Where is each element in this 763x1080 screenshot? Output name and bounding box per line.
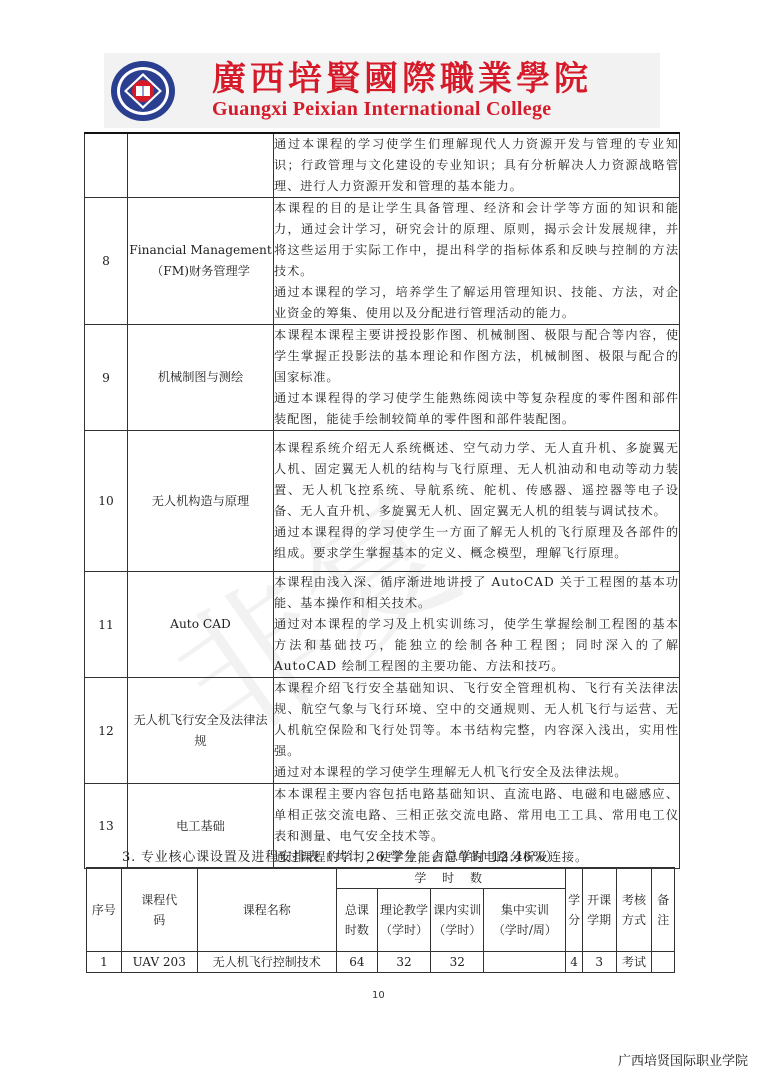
course-number: [85, 133, 128, 198]
college-banner: 廣西培賢國際職業學院 Guangxi Peixian International…: [104, 53, 660, 128]
table-row: 12 无人机飞行安全及法律法规 本课程介绍飞行安全基础知识、飞行安全管理机构、飞…: [85, 678, 680, 784]
cell-practice-focus: [484, 952, 566, 973]
core-course-table: 序号 课程代码 课程名称 学 时 数 学分 开课学期 考核方式 备注 总课时数 …: [86, 867, 675, 973]
course-name: 无人机飞行安全及法律法规: [128, 678, 274, 784]
course-name: Financial Management（FM)财务管理学: [128, 198, 274, 325]
cell-semester: 3: [582, 952, 616, 973]
course-description: 本课程本课程主要讲授投影作图、机械制图、极限与配合等内容，使学生掌握正投影法的基…: [274, 325, 680, 431]
course-description: 本课程的目的是让学生具备管理、经济和会计学等方面的知识和能力，通过会计学习，研究…: [274, 198, 680, 325]
header-theory: 理论教学（学时）: [377, 889, 430, 952]
header-seq: 序号: [87, 868, 122, 952]
cell-seq: 1: [87, 952, 122, 973]
course-number: 10: [85, 431, 128, 572]
college-name-en: Guangxi Peixian International College: [212, 97, 551, 121]
course-description: 本课程系统介绍无人系统概述、空气动力学、无人直升机、多旋翼无人机、固定翼无人机的…: [274, 431, 680, 572]
course-name: 机械制图与测绘: [128, 325, 274, 431]
cell-theory: 32: [377, 952, 430, 973]
course-name: 无人机构造与原理: [128, 431, 274, 572]
table-row: 9 机械制图与测绘 本课程本课程主要讲授投影作图、机械制图、极限与配合等内容，使…: [85, 325, 680, 431]
header-practice-focus: 集中实训（学时/周）: [484, 889, 566, 952]
header-hours-group: 学 时 数: [336, 868, 565, 889]
cell-code: UAV 203: [121, 952, 197, 973]
course-description-table: 通过本课程的学习使学生们理解现代人力资源开发与管理的专业知识；行政管理与文化建设…: [84, 132, 680, 869]
cell-practice-in: 32: [431, 952, 484, 973]
cell-name: 无人机飞行控制技术: [197, 952, 336, 973]
cell-credit: 4: [566, 952, 582, 973]
header-assessment: 考核方式: [616, 868, 652, 952]
course-description: 本课程介绍飞行安全基础知识、飞行安全管理机构、飞行有关法律法规、航空气象与飞行环…: [274, 678, 680, 784]
table-header-row: 序号 课程代码 课程名称 学 时 数 学分 开课学期 考核方式 备注: [87, 868, 675, 889]
header-credit: 学分: [566, 868, 582, 952]
table-row: 10 无人机构造与原理 本课程系统介绍无人系统概述、空气动力学、无人直升机、多旋…: [85, 431, 680, 572]
table-row: 通过本课程的学习使学生们理解现代人力资源开发与管理的专业知识；行政管理与文化建设…: [85, 133, 680, 198]
table-row: 8 Financial Management（FM)财务管理学 本课程的目的是让…: [85, 198, 680, 325]
header-practice-in: 课内实训（学时）: [431, 889, 484, 952]
course-number: 9: [85, 325, 128, 431]
section-title: 3. 专业核心课设置及进程安排表（共计 26 学分，占总学时 12.46%）: [122, 846, 559, 865]
college-name-cn: 廣西培賢國際職業學院: [212, 59, 592, 99]
table-row: 11 Auto CAD 本课程由浅入深、循序渐进地讲授了 AutoCAD 关于工…: [85, 572, 680, 678]
table-row: 1 UAV 203 无人机飞行控制技术 64 32 32 4 3 考试: [87, 952, 675, 973]
header-remark: 备注: [652, 868, 675, 952]
page-number: 10: [372, 990, 385, 1001]
header-code: 课程代码: [121, 868, 197, 952]
cell-remark: [652, 952, 675, 973]
header-name: 课程名称: [197, 868, 336, 952]
header-semester: 开课学期: [582, 868, 616, 952]
course-number: 11: [85, 572, 128, 678]
course-description: 本课程由浅入深、循序渐进地讲授了 AutoCAD 关于工程图的基本功能、基本操作…: [274, 572, 680, 678]
college-seal-icon: [110, 59, 176, 123]
course-name: Auto CAD: [128, 572, 274, 678]
course-description: 通过本课程的学习使学生们理解现代人力资源开发与管理的专业知识；行政管理与文化建设…: [274, 133, 680, 198]
course-number: 12: [85, 678, 128, 784]
cell-total: 64: [336, 952, 377, 973]
footer-college-name: 广西培贤国际职业学院: [618, 1050, 748, 1069]
header-total: 总课时数: [336, 889, 377, 952]
course-name: [128, 133, 274, 198]
course-number: 8: [85, 198, 128, 325]
cell-assessment: 考试: [616, 952, 652, 973]
